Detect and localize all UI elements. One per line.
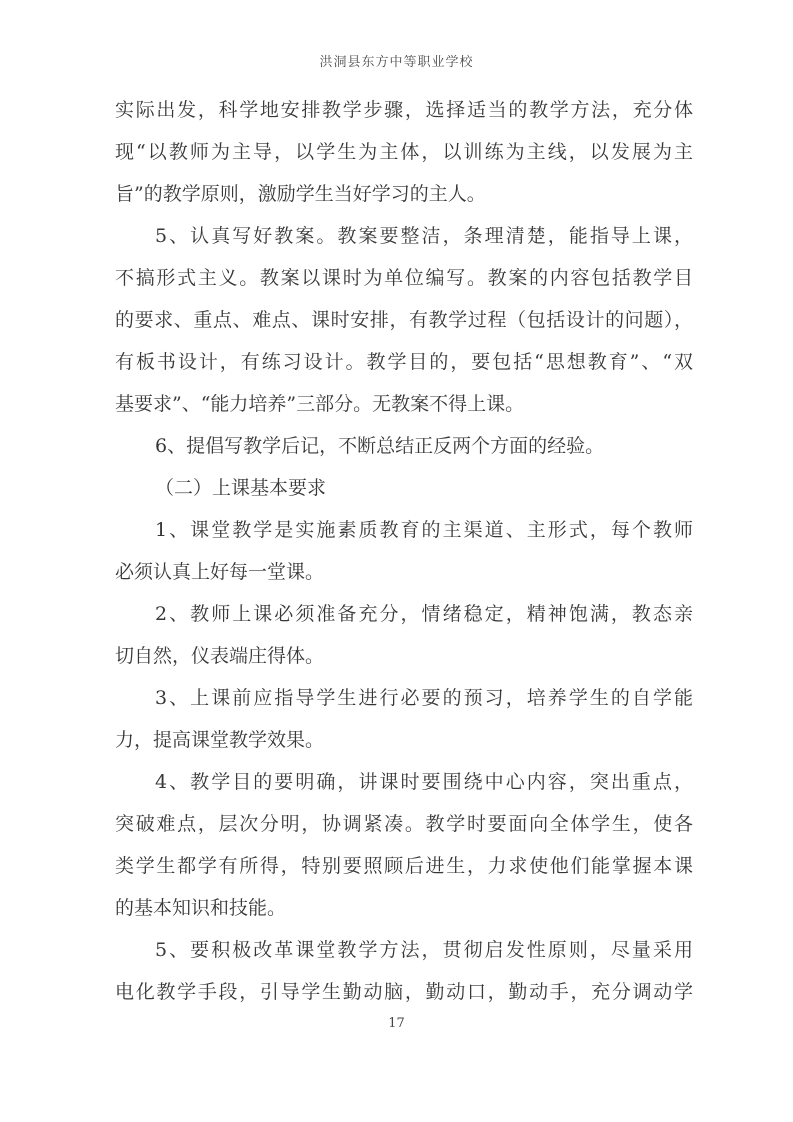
- text-line: 切自然，仪表端庄得体。: [115, 635, 693, 677]
- text-line: 的要求、重点、难点、课时安排，有教学过程（包括设计的问题），: [115, 299, 693, 341]
- text-line: 不搞形式主义。教案以课时为单位编写。教案的内容包括教学目: [115, 257, 693, 299]
- document-body: 实际出发，科学地安排教学步骤，选择适当的教学方法，充分体 现“以教师为主导，以学…: [115, 89, 693, 1013]
- page-header-school-name: 洪洞县东方中等职业学校: [0, 51, 793, 70]
- text-line: 力，提高课堂教学效果。: [115, 719, 693, 761]
- text-line: 基要求”、“能力培养”三部分。无教案不得上课。: [115, 383, 693, 425]
- document-page: 洪洞县东方中等职业学校 实际出发，科学地安排教学步骤，选择适当的教学方法，充分体…: [0, 0, 793, 1122]
- text-line: 旨”的教学原则，激励学生当好学习的主人。: [115, 173, 693, 215]
- text-line: 1、课堂教学是实施素质教育的主渠道、主形式，每个教师: [115, 509, 693, 551]
- text-line: 6、提倡写教学后记，不断总结正反两个方面的经验。: [115, 425, 693, 467]
- text-line: 电化教学手段，引导学生勤动脑，勤动口，勤动手，充分调动学: [115, 971, 693, 1013]
- text-line: 3、上课前应指导学生进行必要的预习，培养学生的自学能: [115, 677, 693, 719]
- text-line: 5、认真写好教案。教案要整洁，条理清楚，能指导上课，: [115, 215, 693, 257]
- text-line: 5、要积极改革课堂教学方法，贯彻启发性原则，尽量采用: [115, 929, 693, 971]
- text-line: 4、教学目的要明确，讲课时要围绕中心内容，突出重点，: [115, 761, 693, 803]
- text-line: 的基本知识和技能。: [115, 887, 693, 929]
- text-line: 必须认真上好每一堂课。: [115, 551, 693, 593]
- page-number: 17: [0, 1016, 793, 1031]
- section-heading: （二）上课基本要求: [115, 467, 693, 509]
- text-line: 现“以教师为主导，以学生为主体，以训练为主线，以发展为主: [115, 131, 693, 173]
- text-line: 实际出发，科学地安排教学步骤，选择适当的教学方法，充分体: [115, 89, 693, 131]
- text-line: 有板书设计，有练习设计。教学目的，要包括“思想教育”、“双: [115, 341, 693, 383]
- text-line: 2、教师上课必须准备充分，情绪稳定，精神饱满，教态亲: [115, 593, 693, 635]
- text-line: 突破难点，层次分明，协调紧凑。教学时要面向全体学生，使各: [115, 803, 693, 845]
- text-line: 类学生都学有所得，特别要照顾后进生，力求使他们能掌握本课: [115, 845, 693, 887]
